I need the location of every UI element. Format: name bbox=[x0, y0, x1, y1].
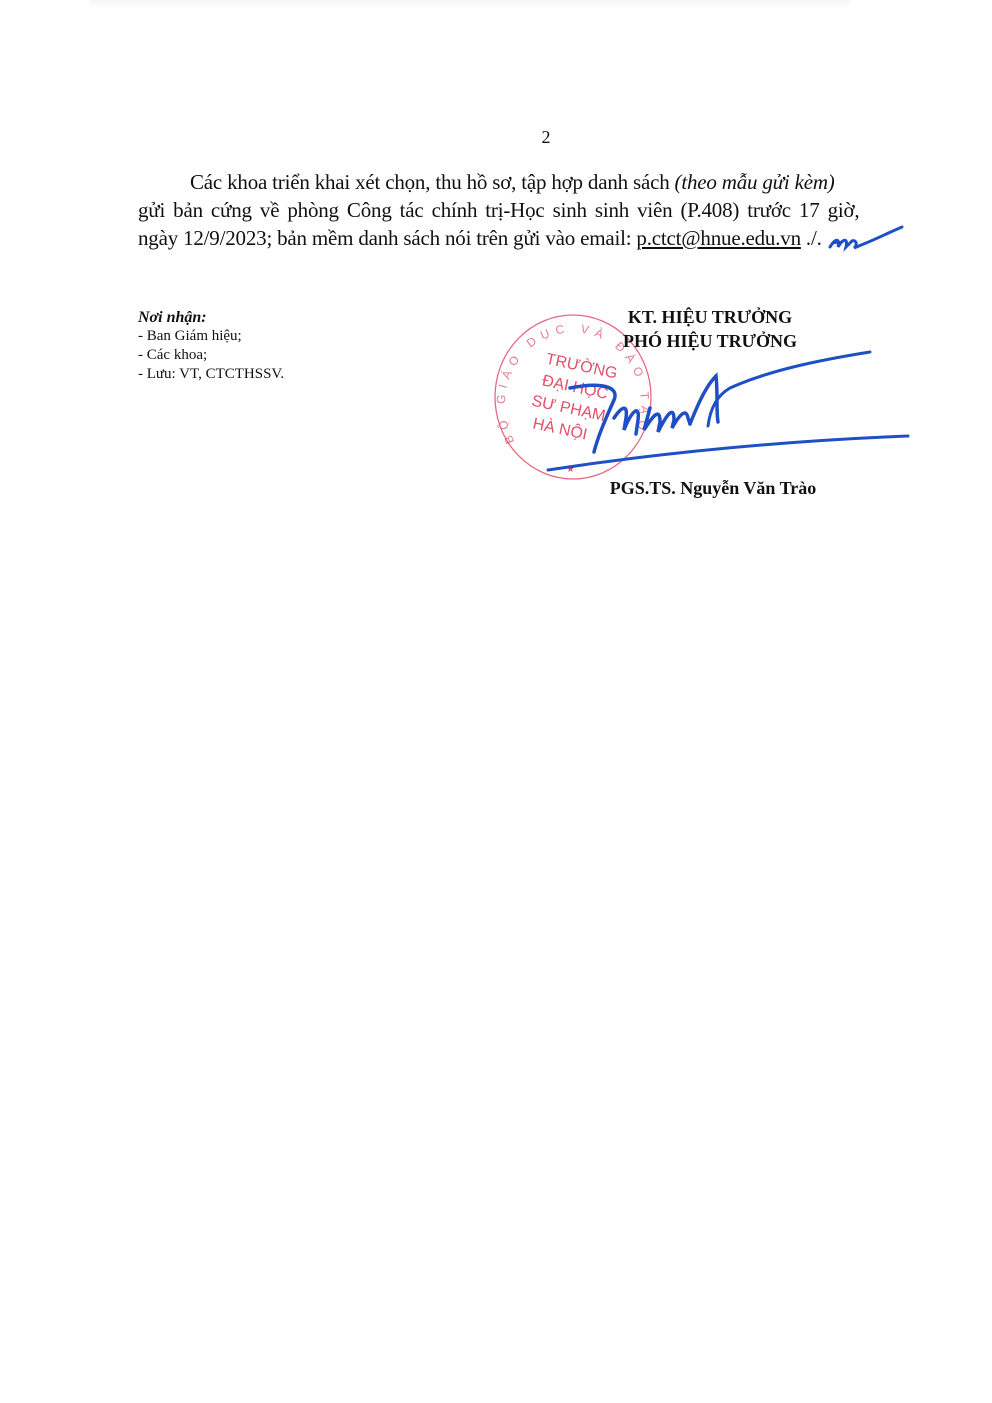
attachment-note: (theo mẫu gửi kèm) bbox=[675, 170, 835, 194]
initials-mark-icon bbox=[826, 225, 906, 255]
signer-name: PGS.TS. Nguyễn Văn Trào bbox=[578, 478, 848, 499]
body-line-1: Các khoa triển khai xét chọn, thu hồ sơ,… bbox=[138, 168, 933, 196]
body-line-2: gửi bản cứng về phòng Công tác chính trị… bbox=[138, 196, 933, 224]
signature-title-line-1: KT. HIỆU TRƯỞNG bbox=[580, 305, 840, 329]
body-line-3: ngày 12/9/2023; bản mềm danh sách nói tr… bbox=[138, 224, 933, 255]
recipient-item: - Lưu: VT, CTCTHSSV. bbox=[138, 365, 284, 384]
recipients-heading: Nơi nhận: bbox=[138, 308, 284, 327]
handwritten-signature bbox=[540, 348, 920, 478]
recipient-item: - Ban Giám hiệu; bbox=[138, 327, 284, 346]
recipients-block: Nơi nhận: - Ban Giám hiệu; - Các khoa; -… bbox=[138, 308, 284, 384]
email-link[interactable]: p.ctct@hnue.edu.vn bbox=[636, 226, 800, 250]
body-paragraph: Các khoa triển khai xét chọn, thu hồ sơ,… bbox=[138, 168, 933, 255]
scan-artifact bbox=[90, 0, 850, 8]
signature-title: KT. HIỆU TRƯỞNG PHÓ HIỆU TRƯỞNG bbox=[580, 305, 840, 353]
recipient-item: - Các khoa; bbox=[138, 346, 284, 365]
page-number: 2 bbox=[50, 127, 992, 148]
